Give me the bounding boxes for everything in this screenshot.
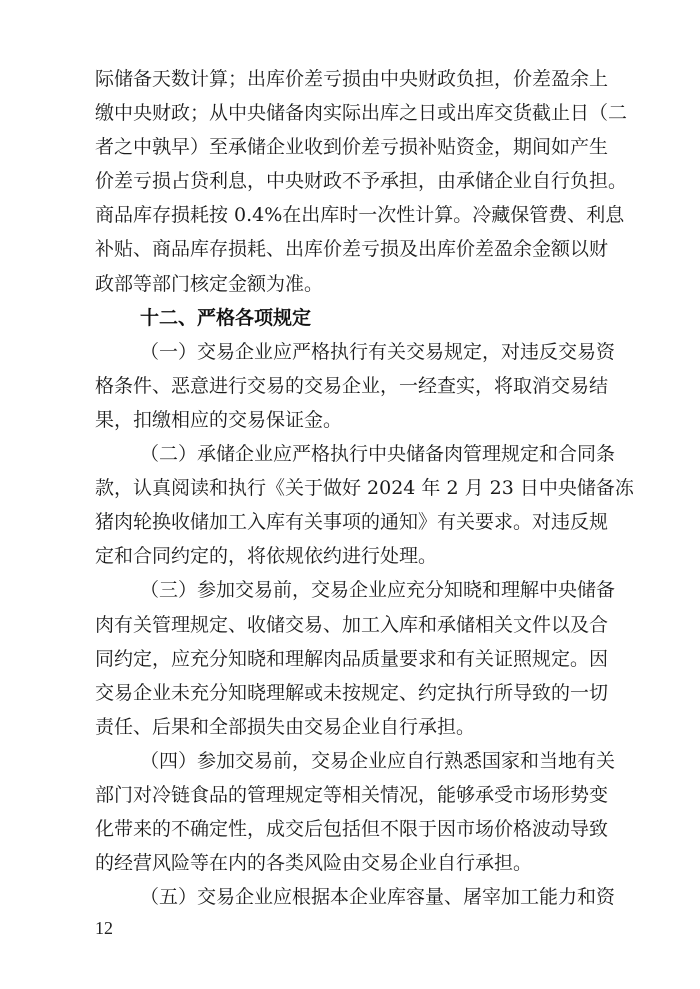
text-line: 部门对冷链食品的管理规定等相关情况，能够承受市场形势变 bbox=[95, 778, 601, 812]
text-line: 价差亏损占贷利息，中央财政不予承担，由承储企业自行负担。 bbox=[95, 164, 601, 198]
text-line: 政部等部门核定金额为准。 bbox=[95, 267, 601, 301]
text-line: 责任、后果和全部损失由交易企业自行承担。 bbox=[95, 710, 601, 744]
text-line: （二）承储企业应严格执行中央储备肉管理规定和合同条 bbox=[95, 437, 601, 471]
text-line: （一）交易企业应严格执行有关交易规定，对违反交易资 bbox=[95, 335, 601, 369]
text-line: 缴中央财政；从中央储备肉实际出库之日或出库交货截止日（二 bbox=[95, 96, 601, 130]
text-line: 商品库存损耗按 0.4%在出库时一次性计算。冷藏保管费、利息 bbox=[95, 198, 601, 232]
text-line: 际储备天数计算；出库价差亏损由中央财政负担，价差盈余上 bbox=[95, 62, 601, 96]
text-line: 的经营风险等在内的各类风险由交易企业自行承担。 bbox=[95, 846, 601, 880]
text-line: 化带来的不确定性，成交后包括但不限于因市场价格波动导致 bbox=[95, 812, 601, 846]
text-line: 猪肉轮换收储加工入库有关事项的通知》有关要求。对违反规 bbox=[95, 505, 601, 539]
text-line: （三）参加交易前，交易企业应充分知晓和理解中央储备 bbox=[95, 573, 601, 607]
page-number: 12 bbox=[95, 918, 113, 939]
text-line: 者之中孰早）至承储企业收到价差亏损补贴资金，期间如产生 bbox=[95, 130, 601, 164]
text-line: 定和合同约定的，将依规依约进行处理。 bbox=[95, 539, 601, 573]
text-line: 交易企业未充分知晓理解或未按规定、约定执行所导致的一切 bbox=[95, 676, 601, 710]
text-line: （五）交易企业应根据本企业库容量、屠宰加工能力和资 bbox=[95, 880, 601, 914]
text-line: 果，扣缴相应的交易保证金。 bbox=[95, 403, 601, 437]
document-body: 际储备天数计算；出库价差亏损由中央财政负担，价差盈余上 缴中央财政；从中央储备肉… bbox=[95, 62, 601, 914]
text-line: 同约定，应充分知晓和理解肉品质量要求和有关证照规定。因 bbox=[95, 642, 601, 676]
text-line: 肉有关管理规定、收储交易、加工入库和承储相关文件以及合 bbox=[95, 608, 601, 642]
text-line: 格条件、恶意进行交易的交易企业，一经查实，将取消交易结 bbox=[95, 369, 601, 403]
text-line: 补贴、商品库存损耗、出库价差亏损及出库价差盈余金额以财 bbox=[95, 232, 601, 266]
document-page: 际储备天数计算；出库价差亏损由中央财政负担，价差盈余上 缴中央财政；从中央储备肉… bbox=[0, 0, 700, 989]
text-line: 款，认真阅读和执行《关于做好 2024 年 2 月 23 日中央储备冻 bbox=[95, 471, 601, 505]
text-line: （四）参加交易前，交易企业应自行熟悉国家和当地有关 bbox=[95, 744, 601, 778]
section-heading: 十二、严格各项规定 bbox=[95, 301, 601, 335]
